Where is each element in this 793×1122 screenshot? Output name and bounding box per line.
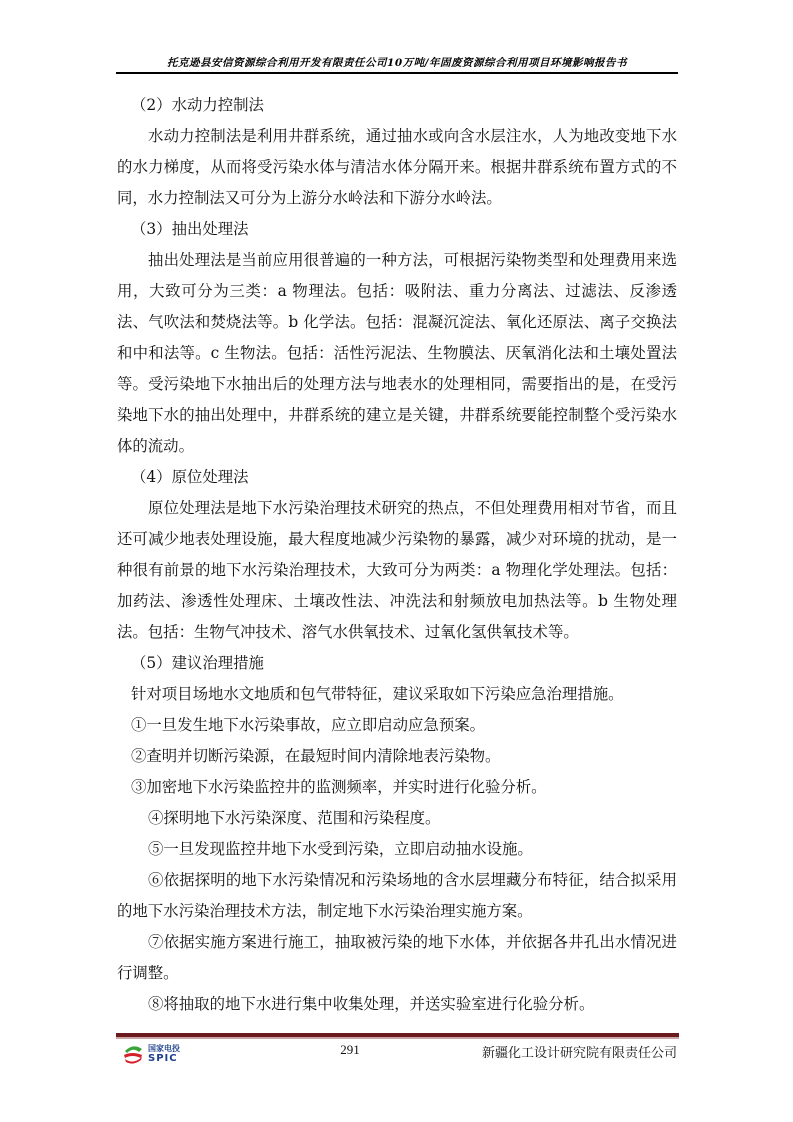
paragraph: 原位处理法是地下水污染治理技术研究的热点，不但处理费用相对节省，而且还可减少地表… <box>117 493 677 648</box>
list-item: ④探明地下水污染深度、范围和污染程度。 <box>117 803 677 834</box>
logo-text-en: SPIC <box>148 1053 178 1064</box>
paragraph: 针对项目场地水文地质和包气带特征，建议采取如下污染应急治理措施。 <box>117 679 677 710</box>
paragraph: 水动力控制法是利用井群系统，通过抽水或向含水层注水，人为地改变地下水的水力梯度，… <box>117 121 677 214</box>
header-rule <box>116 72 678 74</box>
list-item: ⑦依据实施方案进行施工，抽取被污染的地下水体，并依据各井孔出水情况进行调整。 <box>117 927 677 989</box>
spic-logo-icon <box>122 1043 144 1065</box>
spic-logo: 国家电投 SPIC <box>122 1043 212 1065</box>
subheading-3: （3）抽出处理法 <box>117 214 677 245</box>
list-item: ①一旦发生地下水污染事故，应立即启动应急预案。 <box>117 710 677 741</box>
subheading-4: （4）原位处理法 <box>117 462 677 493</box>
list-item: ⑥依据探明的地下水污染情况和污染场地的含水层埋藏分布特征，结合拟采用的地下水污染… <box>117 865 677 927</box>
list-item: ③加密地下水污染监控井的监测频率，并实时进行化验分析。 <box>117 772 677 803</box>
company-name: 新疆化工设计研究院有限责任公司 <box>440 1042 677 1061</box>
footer-rule <box>116 1033 679 1039</box>
body-text: （2）水动力控制法 水动力控制法是利用井群系统，通过抽水或向含水层注水，人为地改… <box>117 90 677 1020</box>
list-item: ⑤一旦发现监控井地下水受到污染，立即启动抽水设施。 <box>117 834 677 865</box>
header-title: 托克逊县安信资源综合利用开发有限责任公司10万吨/年固废资源综合利用项目环境影响… <box>117 55 677 70</box>
page-number: 291 <box>310 1042 390 1058</box>
subheading-5: （5）建议治理措施 <box>117 648 677 679</box>
document-page: 托克逊县安信资源综合利用开发有限责任公司10万吨/年固废资源综合利用项目环境影响… <box>0 0 793 1122</box>
paragraph: 抽出处理法是当前应用很普遍的一种方法，可根据污染物类型和处理费用来选用，大致可分… <box>117 245 677 462</box>
subheading-2: （2）水动力控制法 <box>117 90 677 121</box>
list-item: ⑧将抽取的地下水进行集中收集处理，并送实验室进行化验分析。 <box>117 989 677 1020</box>
list-item: ②查明并切断污染源，在最短时间内清除地表污染物。 <box>117 741 677 772</box>
